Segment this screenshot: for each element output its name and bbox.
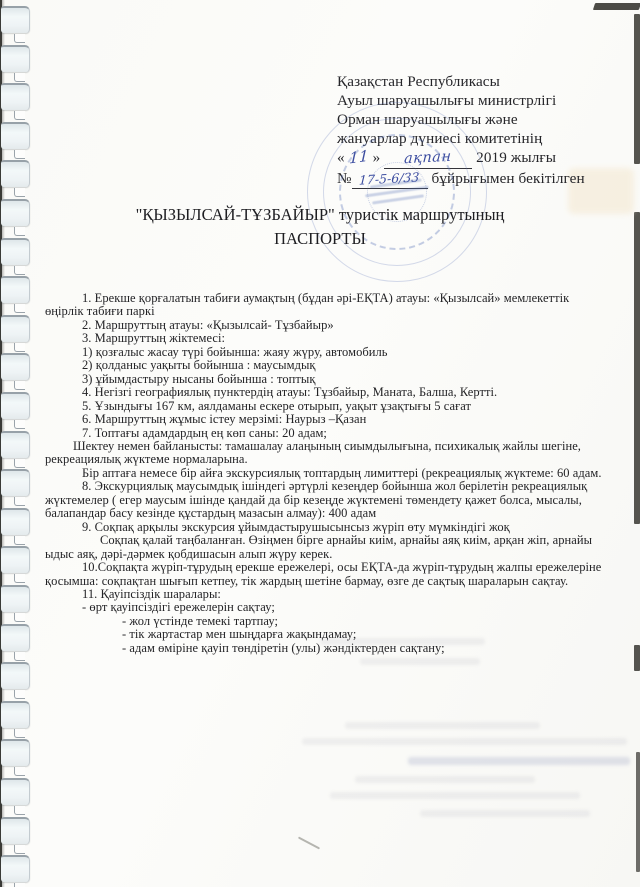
bleed-through-mark: [355, 776, 535, 783]
body-line: Соқпақ қалай таңбаланған. Өзіңмен бірге …: [100, 534, 620, 547]
binding-ring: [1, 701, 30, 728]
handwritten-day: 11: [348, 146, 369, 168]
binding-ring: [1, 546, 30, 573]
binding-ring: [1, 585, 30, 612]
scan-edge-right: [634, 645, 640, 671]
body-line: 4. Негізгі географиялық пунктердің атауы…: [82, 386, 620, 399]
approval-block: Қазақстан Республикасы Ауыл шаруашылығы …: [337, 72, 585, 189]
open-quote: «: [337, 149, 345, 166]
scanned-document-page: Қазақстан Республикасы Ауыл шаруашылығы …: [0, 0, 640, 887]
order-number-label: №: [337, 170, 352, 187]
bleed-through-mark: [408, 757, 630, 765]
body-line: 9. Соқпақ арқылы экскурсия ұйымдастырушы…: [82, 521, 620, 534]
binding-ring: [1, 778, 30, 805]
body-line: 7. Топтағы адамдардың ең көп саны: 20 ад…: [82, 427, 620, 440]
body-line: 1. Ерекше қорғалатын табиғи аумақтың (бұ…: [82, 292, 620, 305]
binding-ring: [1, 624, 30, 651]
body-line: 3) ұйымдастыру нысаны бойынша : топтық: [82, 373, 620, 386]
close-quote: »: [373, 149, 381, 166]
year-text: 2019 жылғы: [476, 149, 556, 166]
body-line: - өрт қауіпсіздігі ережелерін сақтау;: [82, 601, 620, 614]
approval-line: Орман шаруашылығы және: [337, 110, 585, 129]
body-line: 2. Маршруттың атауы: «Қызылсай- Тұзбайыр…: [82, 319, 620, 332]
pencil-smudge: [298, 836, 320, 849]
body-line: - жол үстінде темекі тартпау;: [122, 615, 620, 628]
document-title-line2: ПАСПОРТЫ: [30, 227, 610, 251]
body-line: 1) қозғалыс жасау түрі бойынша: жаяу жүр…: [82, 346, 620, 359]
binding-ring: [1, 392, 30, 419]
binding-ring: [1, 817, 30, 844]
binding-ring: [1, 6, 30, 33]
binding-ring: [1, 739, 30, 766]
binding-ring: [1, 662, 30, 689]
binding-ring: [1, 276, 30, 303]
binding-ring: [1, 431, 30, 458]
binding-ring: [1, 83, 30, 110]
order-suffix: бұйрығымен бекітілген: [432, 170, 585, 187]
body-line: 2) қолданыс уақыты бойынша : маусымдық: [82, 359, 620, 372]
body-line: 5. Ұзындығы 167 км, аялдаманы ескере оты…: [82, 400, 620, 413]
scan-edge-top-right: [593, 3, 640, 10]
approval-date-line: « 11 » ақпан 2019 жылғы: [337, 148, 585, 169]
bleed-through-mark: [420, 810, 590, 817]
bleed-through-mark: [345, 722, 540, 729]
binding-ring: [1, 315, 30, 342]
bleed-through-mark: [360, 658, 480, 665]
body-line: 6. Маршруттың жұмыс істеу мерзімі: Науры…: [82, 413, 620, 426]
bleed-through-mark: [302, 738, 627, 745]
binding-ring: [1, 353, 30, 380]
approval-line: Ауыл шаруашылығы министрлігі: [337, 91, 585, 110]
body-line: Бір аптаға немесе бір айға экскурсиялық …: [82, 467, 620, 480]
body-line: өңірлік табиғи паркі: [45, 305, 620, 318]
binding-ring: [1, 199, 30, 226]
body-line: жүктемелер ( егер маусым ішінде қандай д…: [45, 494, 620, 507]
binding-ring: [1, 508, 30, 535]
body-line: ыдыс аяқ, дәрі-дәрмек қобдишасын алып жү…: [45, 548, 620, 561]
body-line: 11. Қауіпсіздік шаралары:: [82, 588, 620, 601]
scan-edge-right: [636, 752, 640, 872]
binding-ring: [1, 45, 30, 72]
approval-order-line: №17-5-6/33 бұйрығымен бекітілген: [337, 169, 585, 189]
approval-line: Қазақстан Республикасы: [337, 72, 585, 91]
body-line: 3. Маршруттың жіктемесі:: [82, 332, 620, 345]
body-line: 10.Соқпақта жүріп-тұрудың ерекше ережеле…: [82, 561, 620, 574]
body-line: 8. Экскурциялық маусымдық ішіндегі әртүр…: [82, 480, 620, 493]
binding-ring: [1, 238, 30, 265]
bleed-through-mark: [330, 792, 580, 799]
scan-edge-right: [634, 14, 640, 164]
body-line: Шектеу немен байланысты: тамашалау алаңы…: [73, 440, 620, 453]
handwritten-order-number: 17-5-6/33: [359, 167, 420, 189]
document-body: 1. Ерекше қорғалатын табиғи аумақтың (бұ…: [45, 292, 620, 655]
body-line: қосымша: соқпақтан шығып кетпеу, тік жар…: [45, 575, 620, 588]
binding-ring: [1, 469, 30, 496]
document-title-line1: "ҚЫЗЫЛСАЙ-ТҰЗБАЙЫР" туристік маршрутының: [30, 203, 610, 227]
body-line: рекреациялық жүктеме нормаларына.: [45, 453, 620, 466]
body-line: балапандар басу кезінде құстардың мазасы…: [45, 507, 620, 520]
comb-binding: [0, 0, 36, 887]
binding-ring: [1, 160, 30, 187]
handwritten-month: ақпан: [404, 148, 452, 170]
approval-line: жануарлар дүниесі комитетінің: [337, 129, 585, 148]
bleed-through-mark: [320, 638, 485, 645]
binding-ring: [1, 122, 30, 149]
binding-ring: [1, 855, 30, 882]
scan-edge-right: [634, 212, 640, 524]
document-title: "ҚЫЗЫЛСАЙ-ТҰЗБАЙЫР" туристік маршрутының…: [30, 203, 610, 251]
